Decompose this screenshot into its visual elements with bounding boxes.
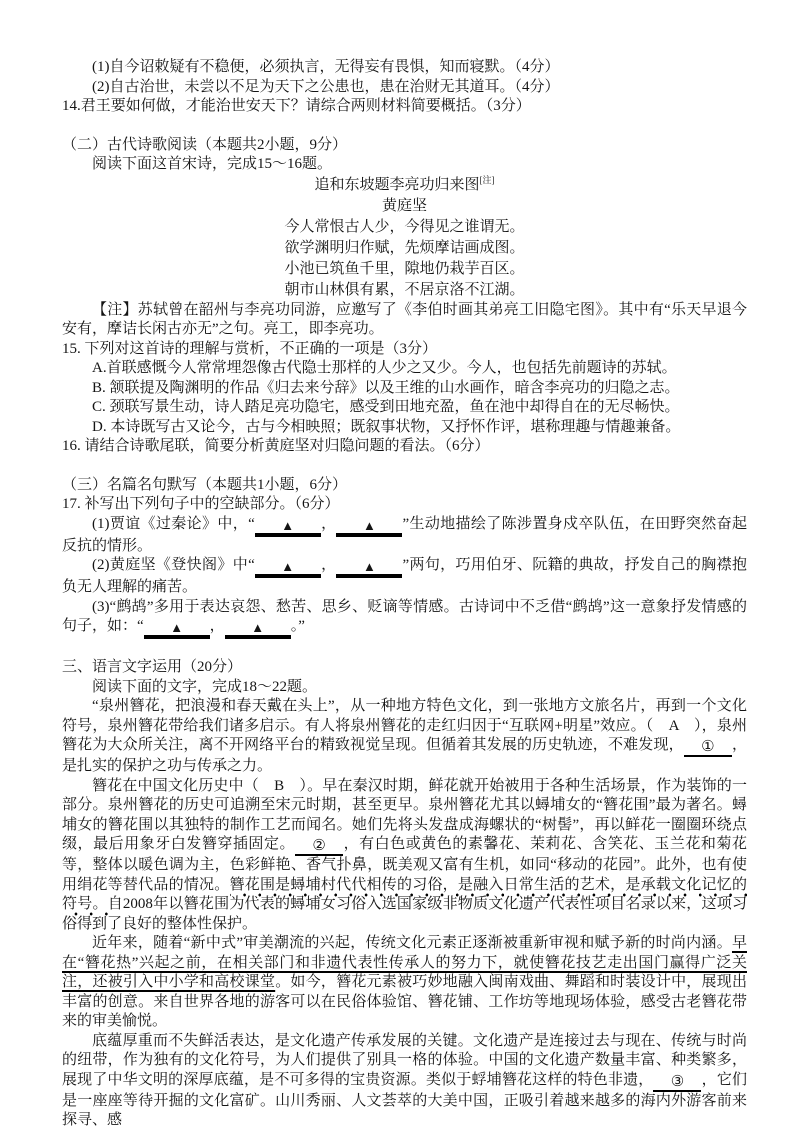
- letter-blank-B: （ B ）: [244, 778, 307, 794]
- circled-number-2: ②: [312, 838, 325, 854]
- p2-text-d: 自2008年以簪花围为代表的蟳埔女习俗入选国家级非物质文化遗产代表性项目名录以来…: [62, 896, 747, 932]
- translation-item-1: (1)自今诏敕疑有不稳便，必须执言，无得妄有畏惧，知而寝默。（4分）: [62, 58, 747, 78]
- poem-line: 今人常恨古人少，今得见之谁谓无。: [62, 217, 747, 238]
- exam-paper-page: (1)自今诏敕疑有不稳便，必须执言，无得妄有畏惧，知而寝默。（4分） (2)自古…: [0, 0, 800, 1131]
- question-17: 17. 补写出下列句子中的空缺部分。（6分）: [62, 495, 747, 515]
- triangle-mark: ▲: [251, 620, 264, 635]
- poem-block: 追和东坡题李亮功归来图[注] 黄庭坚 今人常恨古人少，今得见之谁谓无。 欲学渊明…: [62, 175, 747, 301]
- question-15-option-c: C. 颈联写景生动，诗人踏足亮功隐宅，感受到田地充盈，鱼在池中却得自在的无尽畅快…: [62, 398, 747, 418]
- p3-text-a: 近年来，随着“新中式”审美潮流的兴起，传统文化元素正逐渐被重新审视和赋予新的时尚…: [92, 935, 732, 951]
- question-15-option-a: A.首联感慨今人常常埋怨像古代隐士那样的人少之又少。今人，也包括先前题诗的苏轼。: [62, 359, 747, 379]
- numbered-blank-2: ②: [295, 838, 343, 856]
- circled-number-3: ③: [671, 1074, 684, 1090]
- poem-line: 朝市山林俱有累，不居京洛不江湖。: [62, 280, 747, 301]
- poem-author: 黄庭坚: [62, 196, 747, 217]
- question-14: 14.君王要如何做，才能治世安天下？请综合两则材料简要概括。（3分）: [62, 97, 747, 117]
- item3-post-text: 。”: [291, 618, 305, 634]
- answer-blank: ▲: [255, 518, 321, 537]
- numbered-blank-1: ①: [684, 739, 732, 757]
- question-15-option-b: B. 颔联提及陶渊明的作品《归去来兮辞》以及王维的山水画作，暗含李亮功的归隐之志…: [62, 379, 747, 399]
- poem-title: 追和东坡题李亮功归来图[注]: [62, 175, 747, 196]
- blank-separator: ，: [210, 618, 225, 634]
- poem-footnote: 【注】苏轼曾在韶州与李亮功同游，应邀写了《李伯时画其弟亮工旧隐宅图》。其中有“乐…: [62, 301, 747, 340]
- question-16: 16. 请结合诗歌尾联，简要分析黄庭坚对归隐问题的看法。（6分）: [62, 437, 747, 457]
- language-paragraph-2: 簪花在中国文化历史中（ B ）。早在秦汉时期，鲜花就开始被用于各种生活场景，作为…: [62, 777, 747, 935]
- question-15: 15. 下列对这首诗的理解与赏析，不正确的一项是（3分）: [62, 340, 747, 360]
- answer-blank: ▲: [336, 559, 402, 578]
- translation-item-2: (2)自古治世，未尝以不足为天下之公患也，患在治财无其道耳。（4分）: [62, 78, 747, 98]
- p1-text-a: “泉州簪花，把浪漫和春天戴在头上”，从一种地方特色文化，到一张地方文旅名片，再到…: [62, 698, 747, 734]
- language-paragraph-4: 底蕴厚重而不失鲜活表达，是文化遗产传承发展的关键。文化遗产是连接过去与现在、传统…: [62, 1032, 747, 1131]
- question-17-item-2: (2)黄庭坚《登快阁》中“▲，▲”两句，巧用伯牙、阮籍的典故，抒发自己的胸襟抱负…: [62, 556, 747, 598]
- triangle-mark: ▲: [363, 559, 376, 574]
- section-title-mingju: （三）名篇名句默写（本题共1小题，6分）: [62, 476, 747, 496]
- item2-pre-text: (2)黄庭坚《登快阁》中“: [92, 557, 255, 573]
- blank-separator: ，: [321, 557, 337, 573]
- item1-pre-text: (1)贾谊《过秦论》中，“: [92, 516, 255, 532]
- letter-blank-A: （ A ）: [646, 718, 702, 734]
- triangle-mark: ▲: [363, 518, 376, 533]
- triangle-mark: ▲: [281, 559, 294, 574]
- question-17-item-1: (1)贾谊《过秦论》中，“▲，▲”生动地描绘了陈涉置身戍卒队伍，在田野突然奋起反…: [62, 515, 747, 557]
- circled-number-1: ①: [701, 739, 714, 755]
- answer-blank: ▲: [144, 620, 210, 639]
- language-paragraph-3: 近年来，随着“新中式”审美潮流的兴起，传统文化元素正逐渐被重新审视和赋予新的时尚…: [62, 934, 747, 1032]
- triangle-mark: ▲: [281, 518, 294, 533]
- triangle-mark: ▲: [170, 620, 183, 635]
- poem-title-text: 追和东坡题李亮功归来图: [314, 177, 479, 193]
- answer-blank: ▲: [255, 559, 321, 578]
- language-paragraph-1: “泉州簪花，把浪漫和春天戴在头上”，从一种地方特色文化，到一张地方文旅名片，再到…: [62, 697, 747, 777]
- answer-blank: ▲: [225, 620, 291, 639]
- poem-line: 欲学渊明归作赋，先烦摩诘画成图。: [62, 238, 747, 259]
- p4-text-a: 底蕴厚重而不失鲜活表达，是文化遗产传承发展的关键。文化遗产是连接过去与现在、传统…: [62, 1033, 747, 1088]
- poem-line: 小池已筑鱼千里，隙地仍栽芋百区。: [62, 259, 747, 280]
- poem-title-note-mark: [注]: [480, 175, 495, 185]
- answer-blank: ▲: [336, 518, 402, 537]
- section-title-poetry: （二）古代诗歌阅读（本题共2小题，9分）: [62, 136, 747, 156]
- section-title-language: 三、语言文字运用（20分）: [62, 658, 747, 678]
- numbered-blank-3: ③: [653, 1074, 701, 1092]
- blank-separator: ，: [321, 516, 337, 532]
- poetry-intro: 阅读下面这首宋诗，完成15～16题。: [62, 155, 747, 175]
- language-intro: 阅读下面的文字，完成18～22题。: [62, 678, 747, 698]
- p2-text-a: 簪花在中国文化历史中: [92, 778, 244, 794]
- question-17-item-3: (3)“鹧鸪”多用于表达哀怨、愁苦、思乡、贬谪等情感。古诗词中不乏借“鹧鸪”这一…: [62, 598, 747, 640]
- question-15-option-d: D. 本诗既写古又论今，古与今相映照；既叙事状物，又抒怀作评，堪称理趣与情趣兼备…: [62, 418, 747, 438]
